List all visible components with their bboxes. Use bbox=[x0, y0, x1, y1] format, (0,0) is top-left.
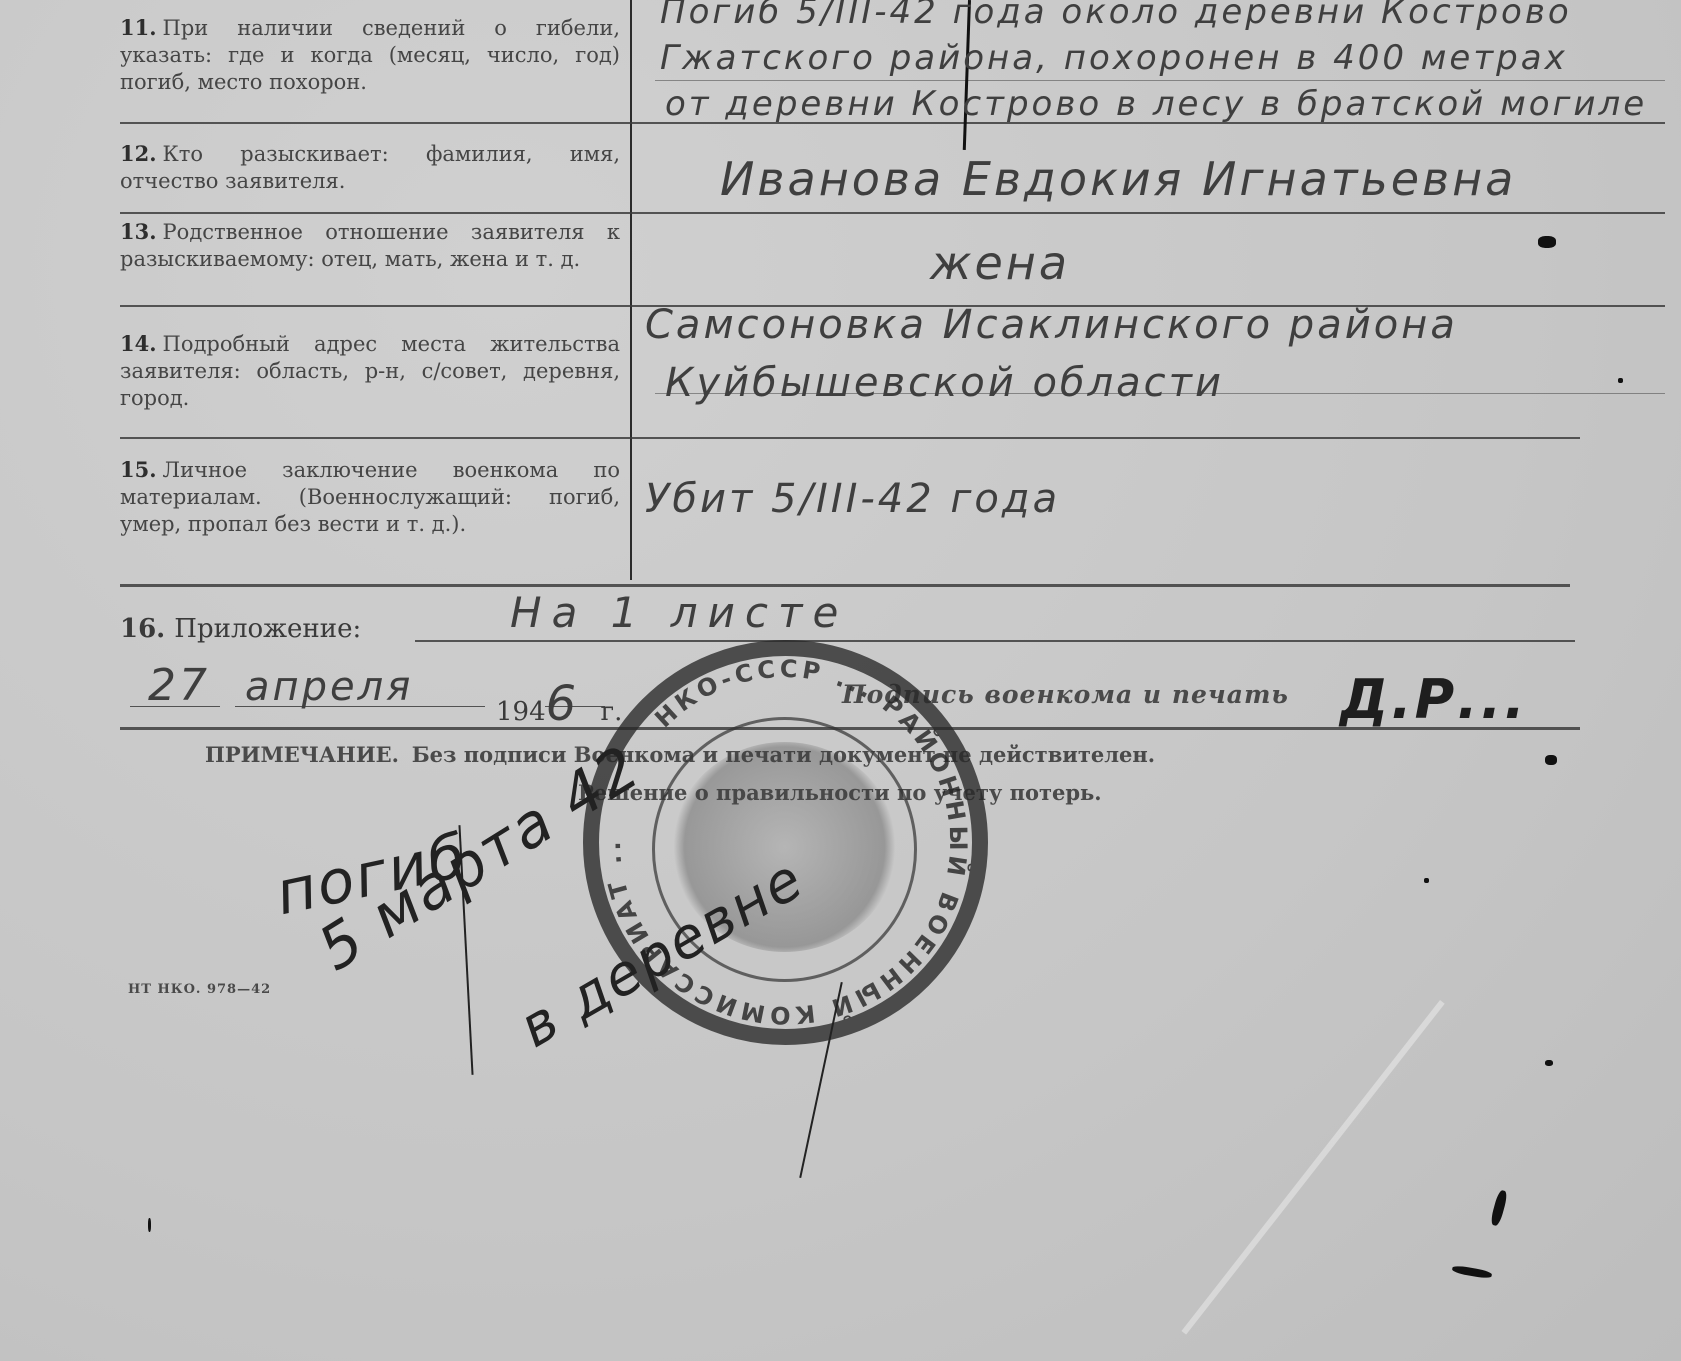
paper-hole bbox=[1490, 1189, 1509, 1226]
paper-hole bbox=[1452, 1265, 1493, 1280]
row-13-handwritten: жена bbox=[930, 236, 1070, 290]
row-divider bbox=[120, 212, 1665, 214]
row-12-label: 12.Кто разыскивает: фамилия, имя, отчест… bbox=[120, 140, 620, 195]
row-11-handwritten-line-2: Гжатского района, похоронен в 400 метрах bbox=[660, 38, 1568, 78]
date-month-underline bbox=[235, 706, 485, 707]
attachment-label: 16. Приложение: bbox=[120, 614, 361, 644]
paper-hole bbox=[1424, 878, 1429, 883]
row-divider bbox=[120, 584, 1570, 587]
form-code: НТ НКО. 978—42 bbox=[128, 982, 271, 997]
row-15-label: 15.Личное заключение военкома по материа… bbox=[120, 456, 620, 538]
column-divider bbox=[630, 0, 632, 580]
date-day-underline bbox=[130, 706, 220, 707]
row-11-handwritten-line-1: Погиб 5/III-42 года около деревни Костро… bbox=[660, 0, 1572, 32]
row-14-handwritten-line-1: Самсоновка Исаклинского района bbox=[645, 302, 1458, 348]
paper-hole bbox=[1545, 1060, 1553, 1066]
row-11-label: 11.При наличии сведений о гибели, указат… bbox=[120, 14, 620, 96]
handwriting-line bbox=[655, 80, 1665, 81]
commissar-signature: Д.Р... bbox=[1340, 668, 1528, 731]
row-14-handwritten-line-2: Куйбышевской области bbox=[665, 360, 1224, 406]
row-13-label: 13.Родственное отношение заявителя к раз… bbox=[120, 218, 620, 273]
paper-hole bbox=[1538, 236, 1556, 248]
row-12-handwritten: Иванова Евдокия Игнатьевна bbox=[720, 152, 1516, 206]
attachment-handwritten: На 1 листе bbox=[510, 588, 848, 637]
paper-hole bbox=[148, 1218, 151, 1232]
date-month: апреля bbox=[245, 664, 413, 710]
paper-crease bbox=[1181, 1000, 1444, 1335]
paper-hole bbox=[1618, 378, 1623, 383]
paper-hole bbox=[1545, 755, 1557, 765]
document-paper: 11.При наличии сведений о гибели, указат… bbox=[0, 0, 1681, 1361]
row-divider bbox=[120, 437, 1580, 439]
row-14-label: 14.Подробный адрес места жительства заяв… bbox=[120, 330, 620, 412]
row-11-handwritten-line-3: от деревни Кострово в лесу в братской мо… bbox=[665, 84, 1647, 124]
date-day: 27 bbox=[148, 660, 210, 711]
row-15-handwritten: Убит 5/III-42 года bbox=[645, 476, 1060, 522]
